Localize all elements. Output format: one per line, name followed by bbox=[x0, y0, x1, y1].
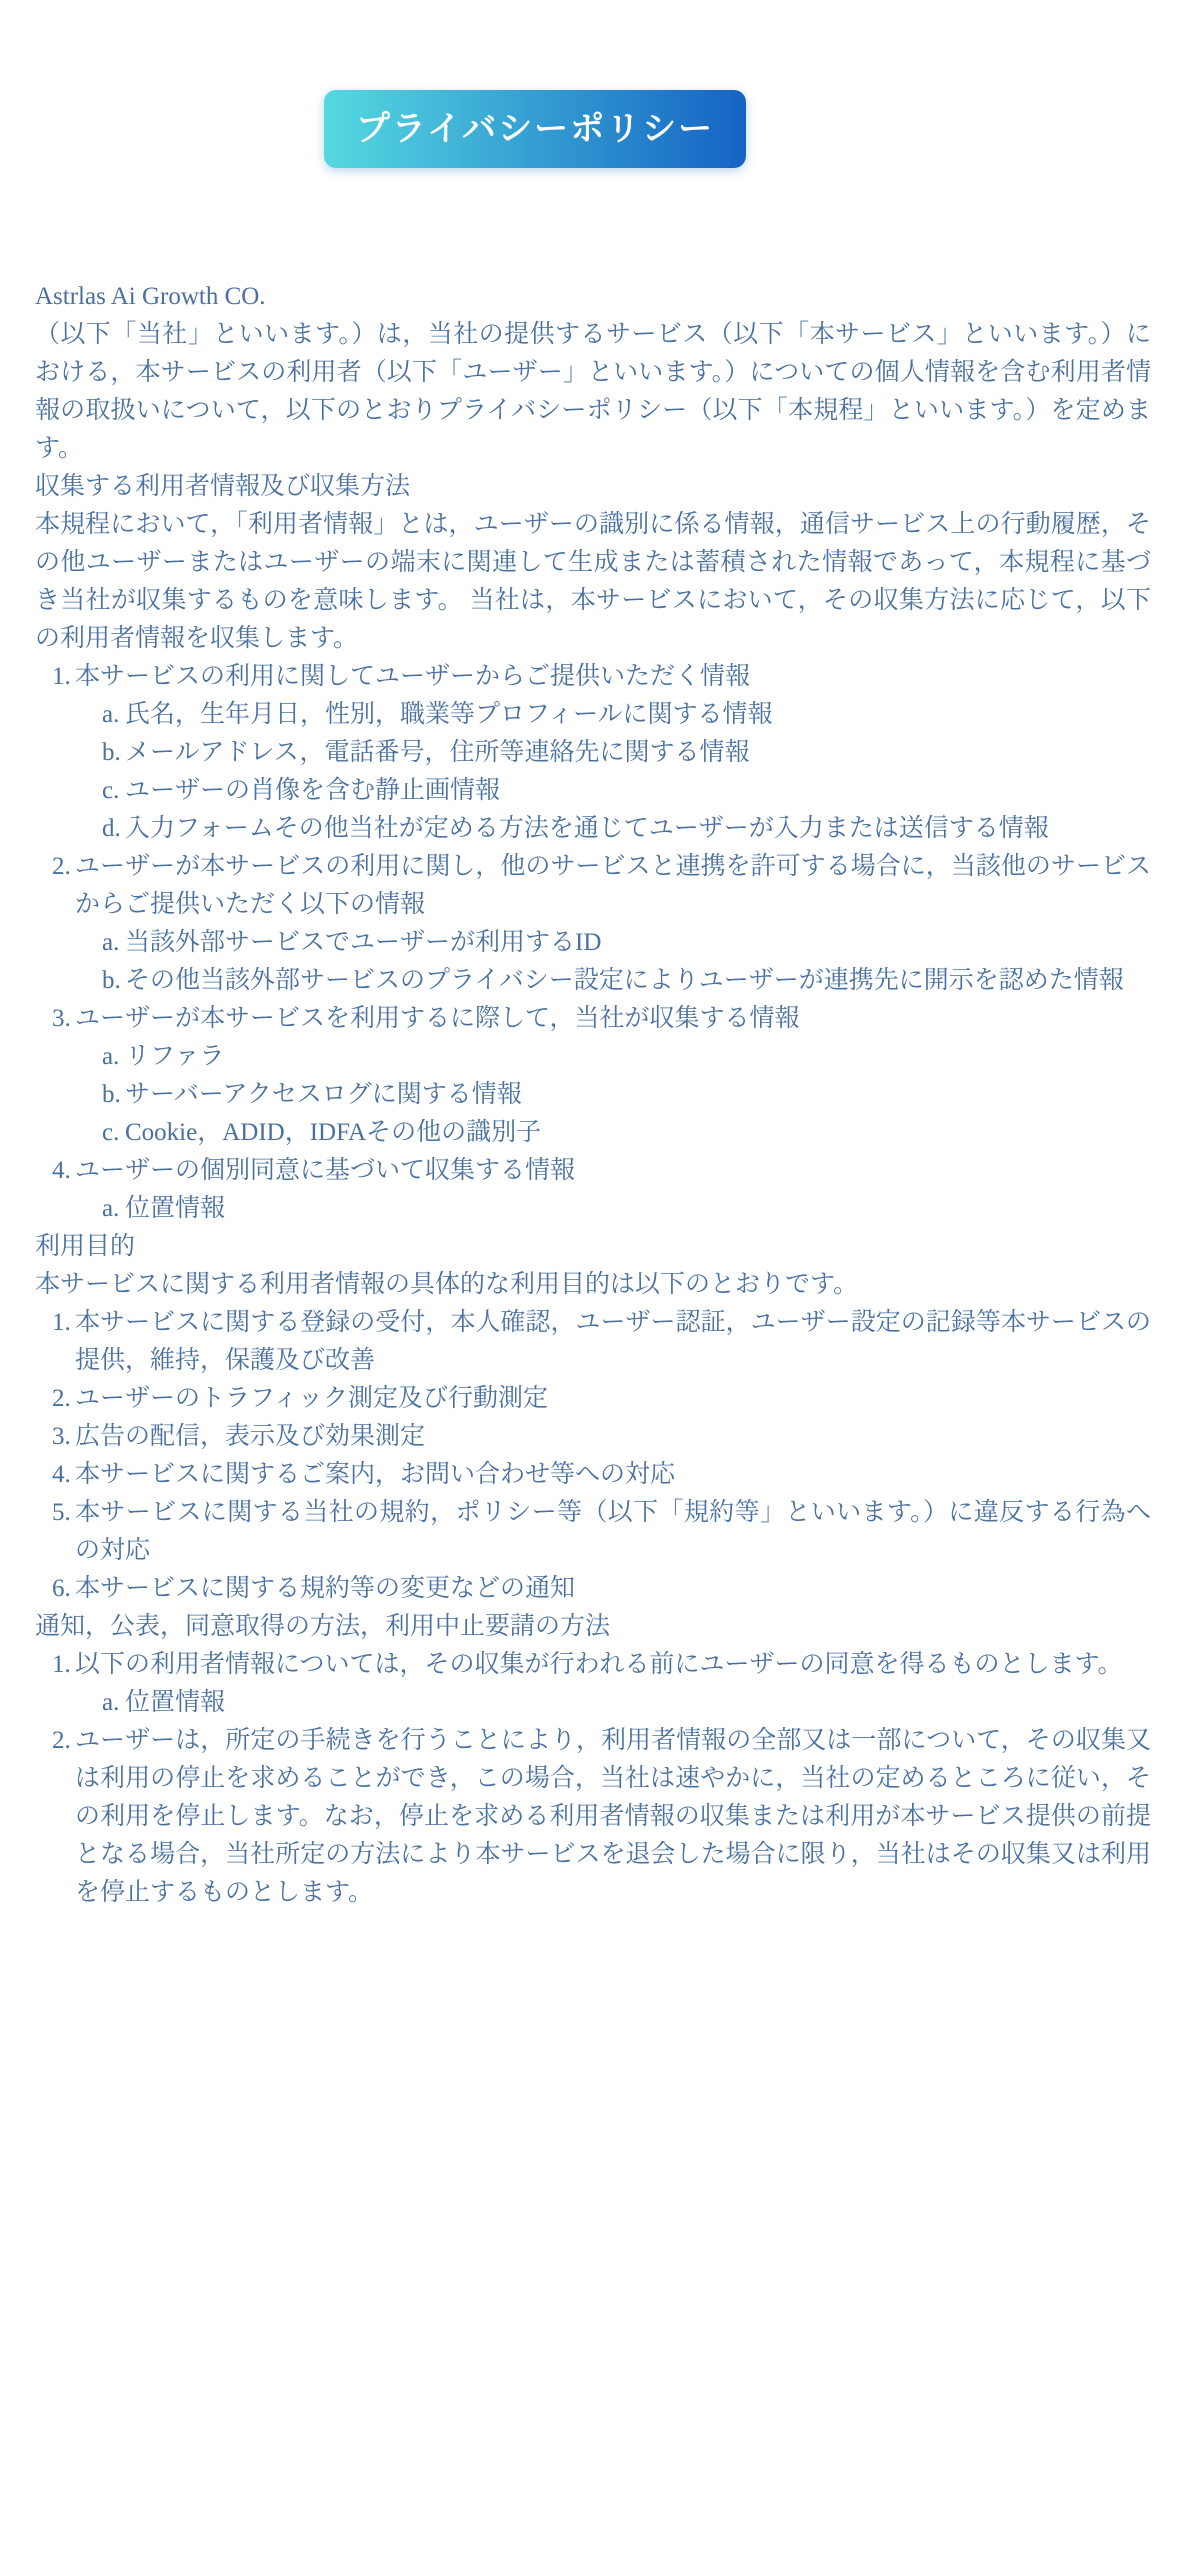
lettered-sublist: 位置情報 bbox=[75, 1684, 1151, 1722]
sublist-item: 入力フォームその他当社が定める方法を通じてユーザーが入力または送信する情報 bbox=[75, 810, 1151, 848]
policy-paragraph: 本規程において，「利用者情報」とは，ユーザーの識別に係る情報，通信サービス上の行… bbox=[35, 506, 1151, 658]
sublist-item: サーバーアクセスログに関する情報 bbox=[75, 1076, 1151, 1114]
section-heading: 通知，公表，同意取得の方法，利用中止要請の方法 bbox=[35, 1608, 1151, 1646]
list-item: 広告の配信，表示及び効果測定 bbox=[35, 1418, 1151, 1456]
policy-content: Astrlas Ai Growth CO.（以下「当社」といいます。）は，当社の… bbox=[35, 278, 1151, 1912]
lettered-sublist: 当該外部サービスでユーザーが利用するIDその他当該外部サービスのプライバシー設定… bbox=[75, 924, 1151, 1000]
lettered-sublist: 氏名，生年月日，性別，職業等プロフィールに関する情報メールアドレス，電話番号，住… bbox=[75, 696, 1151, 848]
list-item: ユーザーが本サービスを利用するに際して，当社が収集する情報リファラサーバーアクセ… bbox=[35, 1000, 1151, 1152]
sublist-item: 氏名，生年月日，性別，職業等プロフィールに関する情報 bbox=[75, 696, 1151, 734]
lettered-sublist: リファラサーバーアクセスログに関する情報Cookie，ADID，IDFAその他の… bbox=[75, 1038, 1151, 1152]
sublist-item: リファラ bbox=[75, 1038, 1151, 1076]
list-item: 本サービスに関する当社の規約，ポリシー等（以下「規約等」といいます。）に違反する… bbox=[35, 1494, 1151, 1570]
sublist-item: Cookie，ADID，IDFAその他の識別子 bbox=[75, 1114, 1151, 1152]
numbered-list: 本サービスに関する登録の受付，本人確認，ユーザー認証，ユーザー設定の記録等本サー… bbox=[35, 1304, 1151, 1608]
list-item-text: ユーザーは，所定の手続きを行うことにより，利用者情報の全部又は一部について，その… bbox=[75, 1727, 1151, 1906]
list-item-text: 本サービスの利用に関してユーザーからご提供いただく情報 bbox=[75, 663, 750, 690]
list-item: 本サービスに関する登録の受付，本人確認，ユーザー認証，ユーザー設定の記録等本サー… bbox=[35, 1304, 1151, 1380]
sublist-item: メールアドレス，電話番号，住所等連絡先に関する情報 bbox=[75, 734, 1151, 772]
policy-paragraph: Astrlas Ai Growth CO. bbox=[35, 278, 1151, 316]
list-item-text: 本サービスに関する登録の受付，本人確認，ユーザー認証，ユーザー設定の記録等本サー… bbox=[75, 1309, 1151, 1374]
list-item-text: 本サービスに関する規約等の変更などの通知 bbox=[75, 1575, 575, 1602]
numbered-list: 本サービスの利用に関してユーザーからご提供いただく情報氏名，生年月日，性別，職業… bbox=[35, 658, 1151, 1228]
list-item-text: ユーザーが本サービスを利用するに際して，当社が収集する情報 bbox=[75, 1005, 800, 1032]
policy-paragraph: 本サービスに関する利用者情報の具体的な利用目的は以下のとおりです。 bbox=[35, 1266, 1151, 1304]
list-item-text: 広告の配信，表示及び効果測定 bbox=[75, 1423, 425, 1450]
list-item: ユーザーの個別同意に基づいて収集する情報位置情報 bbox=[35, 1152, 1151, 1228]
sublist-item: 位置情報 bbox=[75, 1684, 1151, 1722]
list-item-text: ユーザーの個別同意に基づいて収集する情報 bbox=[75, 1157, 575, 1184]
list-item-text: ユーザーのトラフィック測定及び行動測定 bbox=[75, 1385, 548, 1412]
list-item: ユーザーは，所定の手続きを行うことにより，利用者情報の全部又は一部について，その… bbox=[35, 1722, 1151, 1912]
list-item: 本サービスの利用に関してユーザーからご提供いただく情報氏名，生年月日，性別，職業… bbox=[35, 658, 1151, 848]
sublist-item: 当該外部サービスでユーザーが利用するID bbox=[75, 924, 1151, 962]
list-item-text: 以下の利用者情報については，その収集が行われる前にユーザーの同意を得るものとしま… bbox=[75, 1651, 1123, 1678]
section-heading: 収集する利用者情報及び収集方法 bbox=[35, 468, 1151, 506]
list-item: ユーザーのトラフィック測定及び行動測定 bbox=[35, 1380, 1151, 1418]
page-title: プライバシーポリシー bbox=[356, 112, 714, 146]
lettered-sublist: 位置情報 bbox=[75, 1190, 1151, 1228]
sublist-item: その他当該外部サービスのプライバシー設定によりユーザーが連携先に開示を認めた情報 bbox=[75, 962, 1151, 1000]
list-item-text: 本サービスに関するご案内，お問い合わせ等への対応 bbox=[75, 1461, 675, 1488]
list-item: ユーザーが本サービスの利用に関し，他のサービスと連携を許可する場合に，当該他のサ… bbox=[35, 848, 1151, 1000]
privacy-policy-title-button[interactable]: プライバシーポリシー bbox=[324, 90, 746, 168]
list-item-text: ユーザーが本サービスの利用に関し，他のサービスと連携を許可する場合に，当該他のサ… bbox=[75, 853, 1151, 918]
list-item: 本サービスに関するご案内，お問い合わせ等への対応 bbox=[35, 1456, 1151, 1494]
policy-paragraph: （以下「当社」といいます。）は，当社の提供するサービス（以下「本サービス」といい… bbox=[35, 316, 1151, 468]
section-heading: 利用目的 bbox=[35, 1228, 1151, 1266]
list-item: 以下の利用者情報については，その収集が行われる前にユーザーの同意を得るものとしま… bbox=[35, 1646, 1151, 1722]
sublist-item: ユーザーの肖像を含む静止画情報 bbox=[75, 772, 1151, 810]
numbered-list: 以下の利用者情報については，その収集が行われる前にユーザーの同意を得るものとしま… bbox=[35, 1646, 1151, 1912]
list-item: 本サービスに関する規約等の変更などの通知 bbox=[35, 1570, 1151, 1608]
sublist-item: 位置情報 bbox=[75, 1190, 1151, 1228]
list-item-text: 本サービスに関する当社の規約，ポリシー等（以下「規約等」といいます。）に違反する… bbox=[75, 1499, 1151, 1564]
